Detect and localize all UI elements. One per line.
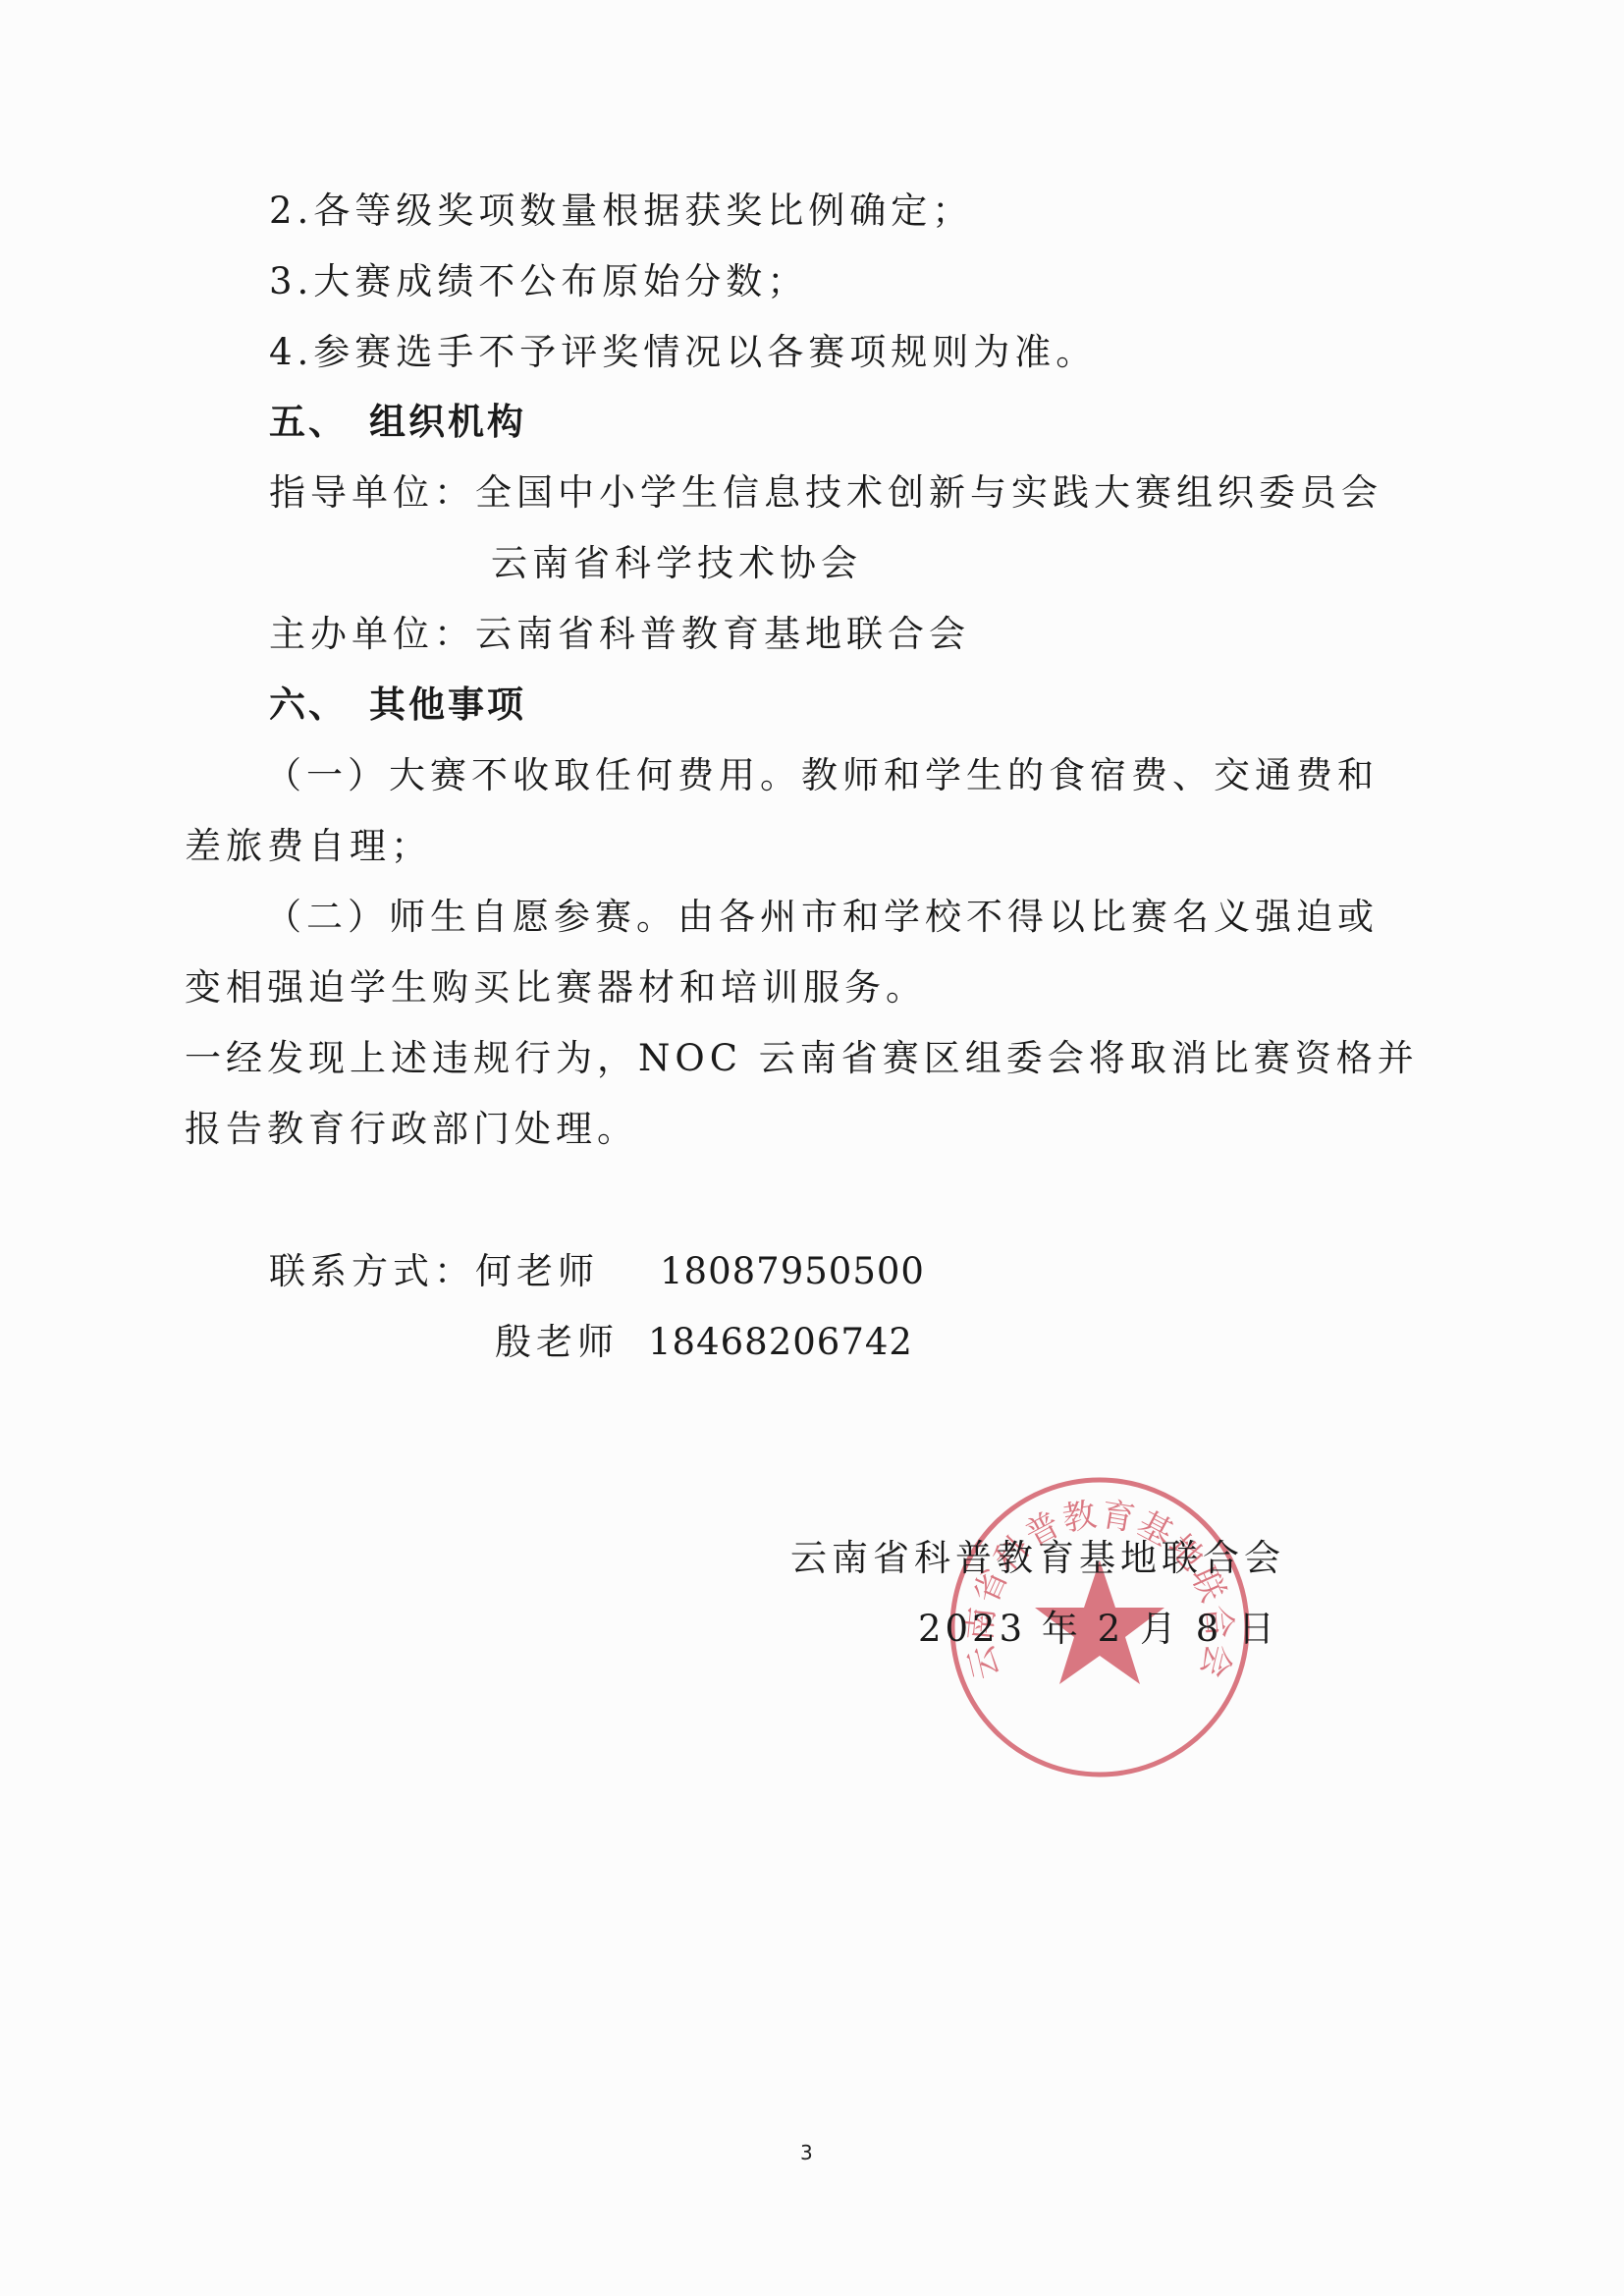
section-title: 其他事项 <box>369 683 526 726</box>
award-rule-2: 2.各等级奖项数量根据获奖比例确定； <box>269 187 973 236</box>
item-2-line-1: （二）师生自愿参赛。由各州市和学校不得以比赛名义强迫或 <box>265 893 1379 942</box>
section-heading-other-matters: 六、其他事项 <box>269 681 526 730</box>
award-rule-4: 4.参赛选手不予评奖情况以各赛项规则为准。 <box>269 328 1097 377</box>
item-1-line-1: （一）大赛不收取任何费用。教师和学生的食宿费、交通费和 <box>265 751 1379 800</box>
contact-line-1: 联系方式：何老师 <box>269 1247 599 1296</box>
guide-unit-line: 指导单位：全国中小学生信息技术创新与实践大赛组织委员会 <box>269 468 1382 518</box>
host-unit-line: 主办单位：云南省科普教育基地联合会 <box>269 610 970 659</box>
contact-name: 何老师 <box>475 1250 599 1292</box>
contact-phone: 18087950500 <box>660 1247 925 1296</box>
section-heading-organization: 五、组织机构 <box>269 398 526 447</box>
guide-unit-label: 指导单位： <box>269 471 475 514</box>
host-unit-label: 主办单位： <box>269 613 475 655</box>
contact-phone: 18468206742 <box>648 1318 913 1367</box>
host-unit: 云南省科普教育基地联合会 <box>475 613 970 655</box>
section-number: 六、 <box>269 683 348 726</box>
section-title: 组织机构 <box>369 401 526 443</box>
item-1-line-2: 差旅费自理； <box>185 822 432 871</box>
page-number: 3 <box>800 2141 813 2164</box>
guide-unit-1: 全国中小学生信息技术创新与实践大赛组织委员会 <box>475 471 1382 514</box>
section-number: 五、 <box>269 401 348 443</box>
contact-name: 殷老师 <box>495 1318 619 1367</box>
signature-organization: 云南省科普教育基地联合会 <box>790 1534 1285 1583</box>
warning-line-1: 一经发现上述违规行为，NOC 云南省赛区组委会将取消比赛资格并 <box>185 1034 1419 1083</box>
item-2-line-2: 变相强迫学生购买比赛器材和培训服务。 <box>185 963 927 1012</box>
guide-unit-2: 云南省科学技术协会 <box>491 539 862 588</box>
award-rule-3: 3.大赛成绩不公布原始分数； <box>269 257 808 306</box>
warning-line-2: 报告教育行政部门处理。 <box>185 1105 638 1154</box>
document-page: 2.各等级奖项数量根据获奖比例确定； 3.大赛成绩不公布原始分数； 4.参赛选手… <box>0 0 1624 2296</box>
signature-date: 2023 年 2 月 8 日 <box>918 1605 1278 1654</box>
contact-label: 联系方式： <box>269 1250 475 1292</box>
